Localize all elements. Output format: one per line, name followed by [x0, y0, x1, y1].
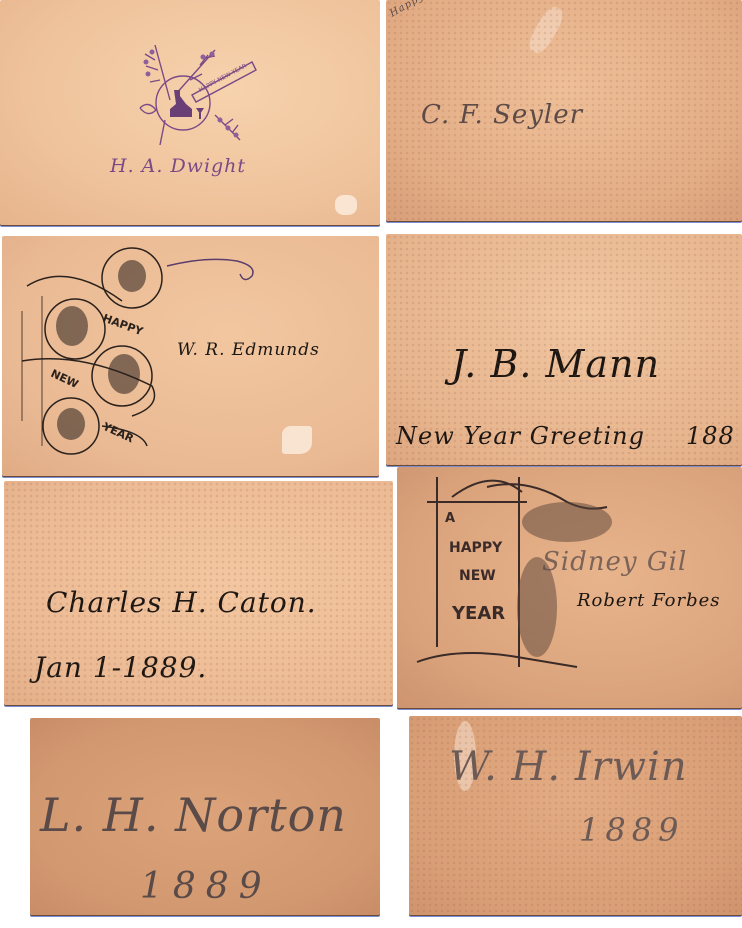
svg-text:A: A — [445, 511, 455, 526]
svg-text:HAPPY: HAPPY — [449, 540, 503, 556]
signature: Sidney Gil — [542, 547, 687, 577]
paper-stain — [525, 3, 567, 56]
signature: C. F. Seyler — [421, 100, 583, 130]
calling-card-dwight: HAPPY NEW YEAR H. A. Dwight — [0, 0, 380, 225]
corner-note: Happy New Year 1/1.889 — [388, 0, 522, 20]
signature: J. B. Mann — [451, 342, 660, 386]
signature: Charles H. Caton. — [46, 586, 317, 619]
calling-card-mann: J. B. Mann New Year Greeting 188 — [386, 234, 742, 465]
svg-text:YEAR: YEAR — [451, 603, 505, 624]
tree-sign-illustration: A HAPPY NEW YEAR — [397, 467, 742, 708]
year: 1889 — [140, 866, 272, 907]
year: 188 — [686, 422, 735, 450]
svg-text:NEW: NEW — [49, 367, 81, 391]
signature: W. H. Irwin — [449, 744, 688, 790]
svg-text:YEAR: YEAR — [100, 420, 136, 446]
calling-card-irwin: W. H. Irwin 1889 — [409, 716, 742, 915]
floral-stamp-illustration: HAPPY NEW YEAR — [0, 0, 380, 225]
calling-card-caton: Charles H. Caton. Jan 1-1889. — [4, 481, 393, 705]
calling-card-norton: L. H. Norton 1889 — [30, 718, 380, 915]
calling-card-edmunds: HAPPY NEW YEAR W. R. Edmunds — [2, 236, 379, 476]
svg-text:NEW: NEW — [459, 568, 496, 584]
date: Jan 1-1889. — [34, 651, 207, 684]
signature: W. R. Edmunds — [177, 340, 320, 360]
second-signature: Robert Forbes — [577, 590, 720, 611]
year: 1889 — [579, 811, 684, 849]
signature: L. H. Norton — [40, 788, 347, 842]
greeting: New Year Greeting — [396, 422, 645, 450]
calling-card-forbes: A HAPPY NEW YEAR Sidney Gil Robert Forbe… — [397, 467, 742, 708]
signature: H. A. Dwight — [110, 155, 246, 177]
paper-stain — [335, 195, 357, 215]
calling-card-seyler: Happy New Year 1/1.889 C. F. Seyler — [386, 0, 742, 221]
paper-stain — [282, 426, 312, 454]
svg-text:HAPPY: HAPPY — [101, 312, 146, 339]
